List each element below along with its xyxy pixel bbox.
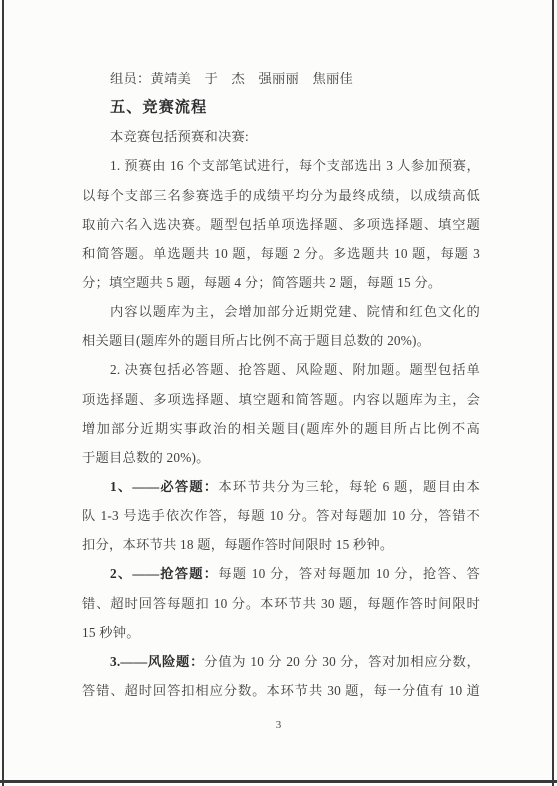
page-right-edge [552, 0, 554, 786]
document-page: 组员：黄靖美 于 杰 强丽丽 焦丽佳五、竞赛流程本竞赛包括预赛和决赛:1. 预赛… [0, 0, 557, 786]
text-line: 于题目总数的 20%)。 [82, 443, 480, 472]
text-line: 组员：黄靖美 于 杰 强丽丽 焦丽佳 [82, 64, 480, 93]
bold-lead: 1、——必答题： [110, 479, 218, 494]
page-bottom-edge [0, 780, 557, 783]
text-line: 2. 决赛包括必答题、抢答题、风险题、附加题。题型包括单 [82, 355, 480, 384]
text-line: 项选择题、多项选择题、填空题和简答题。内容以题库为主，会 [82, 385, 480, 414]
text-line: 队 1-3 号选手依次作答，每题 10 分。答对每题加 10 分，答错不 [82, 501, 480, 530]
text-line: 答错、超时回答扣相应分数。本环节共 30 题，每一分值有 10 道 [82, 676, 480, 705]
text-line: 相关题目(题库外的题目所占比例不高于题目总数的 20%)。 [82, 326, 480, 355]
text-line: 扣分，本环节共 18 题，每题作答时间限时 15 秒钟。 [82, 530, 480, 559]
text-line: 2、——抢答题：每题 10 分，答对每题加 10 分，抢答、答 [82, 559, 480, 588]
text-line: 本竞赛包括预赛和决赛: [82, 122, 480, 151]
text-line: 和简答题。单选题共 10 题，每题 2 分。多选题共 10 题，每题 3 [82, 239, 480, 268]
text-line: 以每个支部三名参赛选手的成绩平均分为最终成绩，以成绩高低 [82, 181, 480, 210]
page-number: 3 [0, 719, 557, 731]
text-line: 1. 预赛由 16 个支部笔试进行，每个支部选出 3 人参加预赛， [82, 151, 480, 180]
bold-lead: 3.——风险题： [110, 654, 204, 669]
text-line: 增加部分近期实事政治的相关题目(题库外的题目所占比例不高 [82, 414, 480, 443]
text-line: 1、——必答题：本环节共分为三轮，每轮 6 题，题目由本 [82, 472, 480, 501]
text-line: 内容以题库为主，会增加部分近期党建、院情和红色文化的 [82, 297, 480, 326]
page-left-edge [2, 0, 4, 786]
text-line: 15 秒钟。 [82, 618, 480, 647]
text-line: 错、超时回答每题扣 10 分。本环节共 30 题，每题作答时间限时 [82, 589, 480, 618]
text-line: 分；填空题共 5 题，每题 4 分；简答题共 2 题，每题 15 分。 [82, 268, 480, 297]
bold-lead: 2、——抢答题： [110, 566, 218, 581]
document-body: 组员：黄靖美 于 杰 强丽丽 焦丽佳五、竞赛流程本竞赛包括预赛和决赛:1. 预赛… [82, 64, 480, 705]
text-line: 取前六名入选决赛。题型包括单项选择题、多项选择题、填空题 [82, 210, 480, 239]
section-heading: 五、竞赛流程 [82, 93, 480, 122]
text-line: 3.——风险题：分值为 10 分 20 分 30 分，答对加相应分数， [82, 647, 480, 676]
